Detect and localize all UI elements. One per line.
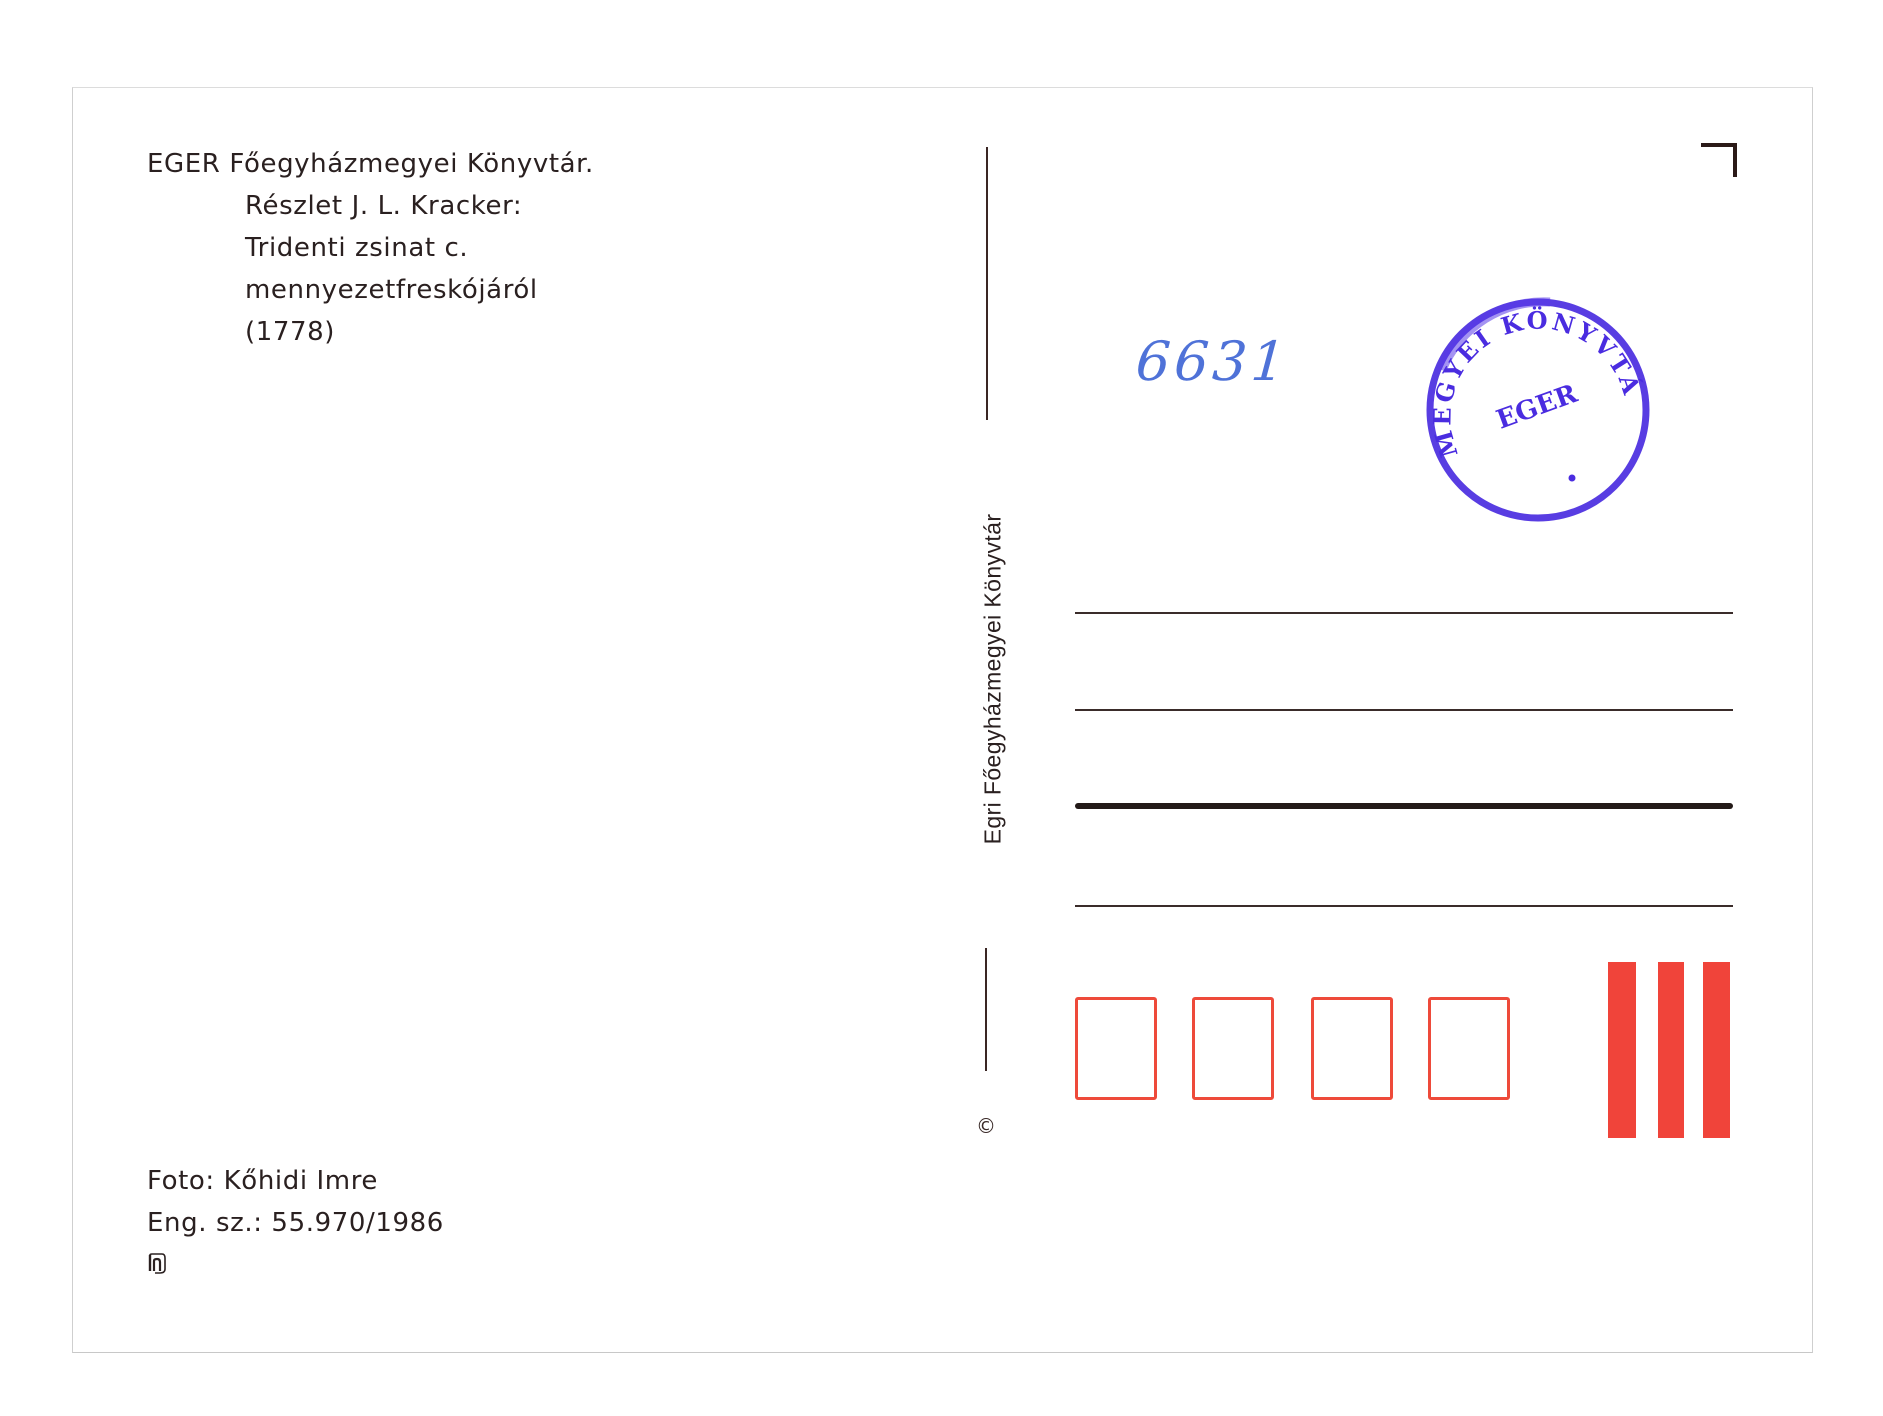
caption-line-fresco: mennyezetfreskójáról: [147, 269, 594, 311]
library-stamp-icon: MEGYEI KÖNYVTÁR EGER: [1420, 290, 1660, 530]
postage-bar-3: [1703, 962, 1730, 1138]
license-number: Eng. sz.: 55.970/1986: [147, 1202, 444, 1244]
postal-code-box-4: [1428, 997, 1510, 1100]
postage-bar-2: [1658, 962, 1684, 1138]
address-line-4: [1075, 905, 1733, 907]
address-line-3: [1075, 803, 1733, 809]
address-line-1: [1075, 612, 1733, 614]
vertical-library-name: Egri Főegyházmegyei Könyvtár: [980, 514, 1007, 845]
photo-credit: Foto: Kőhidi Imre: [147, 1160, 444, 1202]
postal-code-box-3: [1311, 997, 1393, 1100]
postage-bar-1: [1608, 962, 1636, 1138]
caption-line-title: Tridenti zsinat c.: [147, 227, 594, 269]
stamp-corner-mark: [1701, 143, 1737, 177]
caption-line-detail: Részlet J. L. Kracker:: [147, 185, 594, 227]
copyright-icon: ©: [975, 1115, 997, 1137]
address-line-2: [1075, 709, 1733, 711]
caption-line-library: EGER Főegyházmegyei Könyvtár.: [147, 143, 594, 185]
image-caption: EGER Főegyházmegyei Könyvtár. Részlet J.…: [147, 143, 594, 353]
postal-code-box-2: [1192, 997, 1274, 1100]
stamp-ring-text: MEGYEI KÖNYVTÁR: [1420, 290, 1647, 461]
handwritten-inventory-number: 6631: [1134, 330, 1292, 393]
divider-top: [986, 147, 988, 420]
caption-line-year: (1778): [147, 311, 594, 353]
credits: Foto: Kőhidi Imre Eng. sz.: 55.970/1986: [147, 1160, 444, 1244]
stamp-center-text: EGER: [1493, 379, 1582, 436]
postal-code-box-1: [1075, 997, 1157, 1100]
publisher-logo-icon: [147, 1252, 167, 1274]
divider-bottom: [985, 948, 987, 1071]
